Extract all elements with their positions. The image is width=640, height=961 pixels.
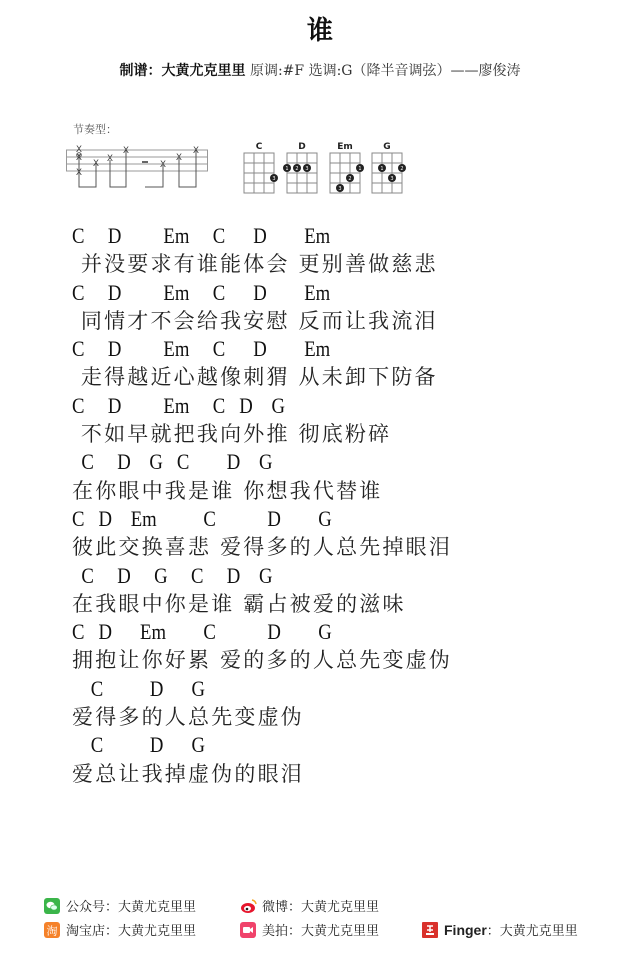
lyric-line: 爱得多的人总先变虚伪	[72, 703, 452, 731]
svg-text:3: 3	[305, 166, 308, 172]
svg-text:1: 1	[380, 166, 383, 172]
chord-line: C D Em C D Em	[72, 279, 395, 307]
svg-text:3: 3	[390, 176, 393, 182]
chord-name-c: C	[256, 142, 263, 152]
footer-taobao[interactable]: 淘 淘宝店：大黄尤克里里	[44, 920, 196, 939]
chord-name-em: Em	[337, 142, 353, 152]
lyric-line: 同情才不会给我安慰 反而让我流泪	[72, 307, 452, 335]
lyric-line: 不如早就把我向外推 彻底粉碎	[72, 420, 452, 448]
wechat-icon	[44, 898, 60, 914]
chord-line: C D G	[72, 675, 395, 703]
chord-line: C D Em C D G	[72, 392, 395, 420]
wechat-label: 公众号：大黄尤克里里	[66, 896, 196, 915]
svg-text:2: 2	[348, 176, 351, 182]
song-title: 谁	[0, 10, 640, 47]
finger-icon	[422, 922, 438, 938]
lyric-line: 并没要求有谁能体会 更别善做慈悲	[72, 250, 452, 278]
svg-text:2: 2	[400, 166, 403, 172]
finger-label: ：大黄尤克里里	[487, 920, 578, 939]
chord-line: C D G C D G	[72, 562, 395, 590]
chord-line: C D Em C D G	[72, 618, 395, 646]
chord-line: C D Em C D G	[72, 505, 395, 533]
chord-line: C D G C D G	[72, 448, 395, 476]
rhythm-label: 节奏型：	[73, 121, 117, 137]
svg-text:X: X	[193, 146, 199, 156]
chord-name-g: G	[383, 142, 390, 152]
key-info: 原调:#F 选调:G（降半音调弦）——廖俊涛	[250, 63, 521, 79]
song-meta: 制谱：大黄尤克里里 原调:#F 选调:G（降半音调弦）——廖俊涛	[0, 60, 640, 80]
meipai-icon	[240, 922, 256, 938]
lyric-line: 爱总让我掉虚伪的眼泪	[72, 760, 452, 788]
chord-line: C D Em C D Em	[72, 222, 395, 250]
finger-brand: Finger	[444, 922, 487, 938]
svg-text:X: X	[76, 168, 82, 178]
lyric-line: 彼此交换喜悲 爱得多的人总先掉眼泪	[72, 533, 452, 561]
chord-sheet: C D Em C D Em 并没要求有谁能体会 更别善做慈悲 C D Em C …	[72, 222, 452, 788]
weibo-icon	[240, 898, 256, 914]
taobao-icon: 淘	[44, 922, 60, 938]
svg-text:2: 2	[295, 166, 298, 172]
chord-name-d: D	[298, 142, 305, 152]
rhythm-pattern-diagram: X X X X X X X X X	[66, 142, 211, 192]
meipai-label: 美拍：大黄尤克里里	[262, 920, 379, 939]
svg-text:1: 1	[358, 166, 361, 172]
svg-text:X: X	[123, 146, 129, 156]
taobao-label: 淘宝店：大黄尤克里里	[66, 920, 196, 939]
svg-text:X: X	[93, 159, 99, 169]
svg-text:X: X	[107, 154, 113, 164]
chord-line: C D G	[72, 731, 395, 759]
svg-text:X: X	[160, 160, 166, 170]
footer-weibo[interactable]: 微博：大黄尤克里里	[240, 896, 379, 915]
lyric-line: 在你眼中我是谁 你想我代替谁	[72, 477, 452, 505]
footer-meipai[interactable]: 美拍：大黄尤克里里	[240, 920, 379, 939]
svg-text:1: 1	[285, 166, 288, 172]
svg-text:3: 3	[272, 176, 275, 182]
svg-text:3: 3	[338, 186, 341, 192]
svg-text:X: X	[176, 153, 182, 163]
footer-finger[interactable]: Finger ：大黄尤克里里	[422, 920, 578, 939]
weibo-label: 微博：大黄尤克里里	[262, 896, 379, 915]
chord-line: C D Em C D Em	[72, 335, 395, 363]
arranger-label: 制谱：大黄尤克里里	[120, 63, 246, 79]
lyric-line: 在我眼中你是谁 霸占被爱的滋味	[72, 590, 452, 618]
lyric-line: 走得越近心越像刺猬 从未卸下防备	[72, 363, 452, 391]
chord-diagrams: C D Em G	[240, 140, 420, 205]
svg-text:淘: 淘	[47, 924, 58, 937]
lyric-line: 拥抱让你好累 爱的多的人总先变虚伪	[72, 646, 452, 674]
footer-wechat[interactable]: 公众号：大黄尤克里里	[44, 896, 196, 915]
